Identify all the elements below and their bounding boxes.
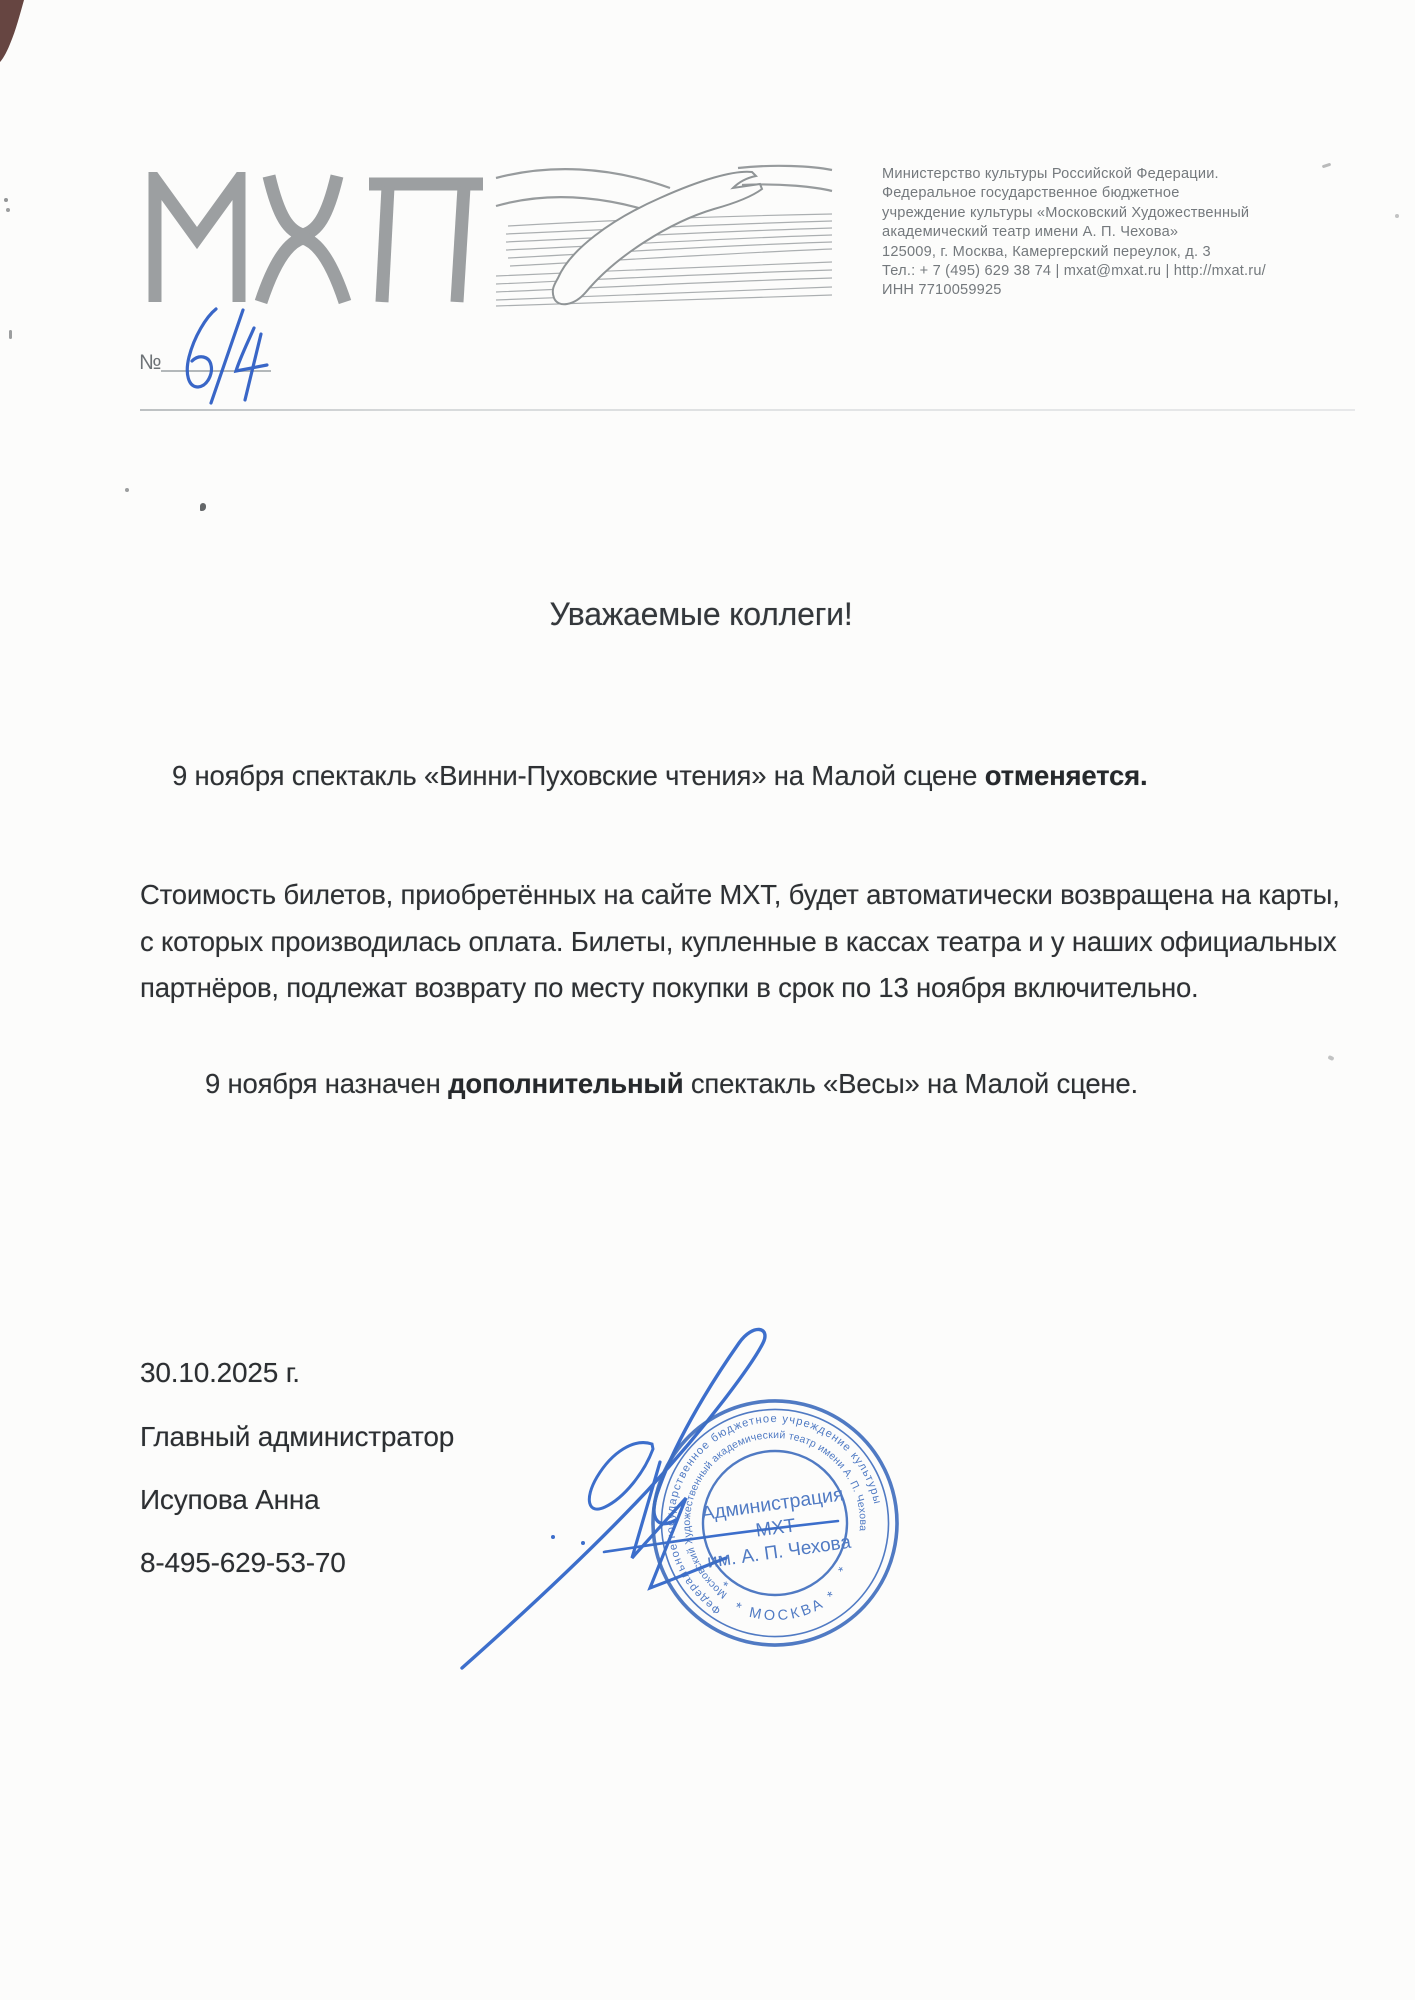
- handwritten-digit-6: [187, 309, 216, 387]
- refund-line: с которых производилась оплата. Билеты, …: [140, 919, 1340, 966]
- cancellation-text: 9 ноября спектакль «Винни-Пуховские чтен…: [172, 760, 985, 791]
- scan-speck: [4, 198, 8, 202]
- salutation: Уважаемые коллеги!: [0, 596, 1402, 633]
- letter-date: 30.10.2025 г.: [140, 1357, 300, 1389]
- org-line: академический театр имени А. П. Чехова»: [882, 223, 1312, 242]
- org-line: ИНН 7710059925: [882, 281, 1312, 300]
- addition-text: 9 ноября назначен: [205, 1068, 448, 1099]
- org-line: Федеральное государственное бюджетное: [882, 184, 1312, 203]
- logo-letter-m: [155, 180, 239, 302]
- ref-number-label: №: [139, 351, 162, 375]
- addition-bold: дополнительный: [448, 1068, 683, 1099]
- seagull-left-wing-line: [496, 169, 670, 188]
- refund-paragraph: Стоимость билетов, приобретённых на сайт…: [140, 872, 1340, 1012]
- cancellation-bold: отменяется.: [985, 760, 1148, 791]
- seagull-emblem: [494, 158, 834, 308]
- addition-suffix: спектакль «Весы» на Малой сцене.: [683, 1068, 1138, 1099]
- stamp-star-separator: *: [833, 1563, 847, 1578]
- logo-letter-h: [269, 176, 337, 235]
- scan-fold-line: [140, 409, 1355, 411]
- scan-artifact-corner: [0, 0, 40, 70]
- logo-letter-h: [261, 238, 345, 302]
- signer-name: Исупова Анна: [140, 1484, 320, 1516]
- scan-speck: [6, 208, 10, 212]
- scanned-letter-page: Министерство культуры Российской Федерац…: [0, 0, 1415, 2000]
- stamp-center-text: Администрация МХТ им. А. П. Чехова: [699, 1483, 853, 1573]
- org-line: Министерство культуры Российской Федерац…: [882, 165, 1312, 184]
- org-line: Тел.: + 7 (495) 629 38 74 | mxat@mxat.ru…: [882, 262, 1312, 281]
- cancellation-line: 9 ноября спектакль «Винни-Пуховские чтен…: [172, 760, 1147, 792]
- scan-speck: [1327, 1055, 1334, 1061]
- scan-speck: [1395, 214, 1399, 218]
- handwritten-slash: [211, 310, 243, 403]
- logo-letter-t: [382, 187, 388, 302]
- scan-speck: [125, 488, 129, 492]
- round-stamp: Федеральное государственное бюджетное уч…: [640, 1388, 910, 1658]
- signer-position: Главный администратор: [140, 1421, 454, 1453]
- logo-letter-t: [457, 187, 464, 302]
- seagull-right-wing-line: [738, 166, 832, 170]
- org-line: учреждение культуры «Московский Художест…: [882, 204, 1312, 223]
- scan-speck: [1322, 163, 1331, 169]
- refund-line: Стоимость билетов, приобретённых на сайт…: [140, 872, 1340, 919]
- org-info-block: Министерство культуры Российской Федерац…: [882, 165, 1312, 301]
- scan-speck: [200, 503, 206, 511]
- scan-speck: [9, 330, 12, 339]
- handwritten-ref-number: [170, 295, 290, 415]
- mxt-logo: [145, 172, 490, 304]
- stamp-center-line2: МХТ: [754, 1515, 797, 1541]
- org-line: 125009, г. Москва, Камергерский переулок…: [882, 243, 1312, 262]
- signer-phone: 8-495-629-53-70: [140, 1547, 346, 1579]
- refund-line: партнёров, подлежат возврату по месту по…: [140, 965, 1340, 1012]
- addition-line: 9 ноября назначен дополнительный спектак…: [205, 1068, 1138, 1100]
